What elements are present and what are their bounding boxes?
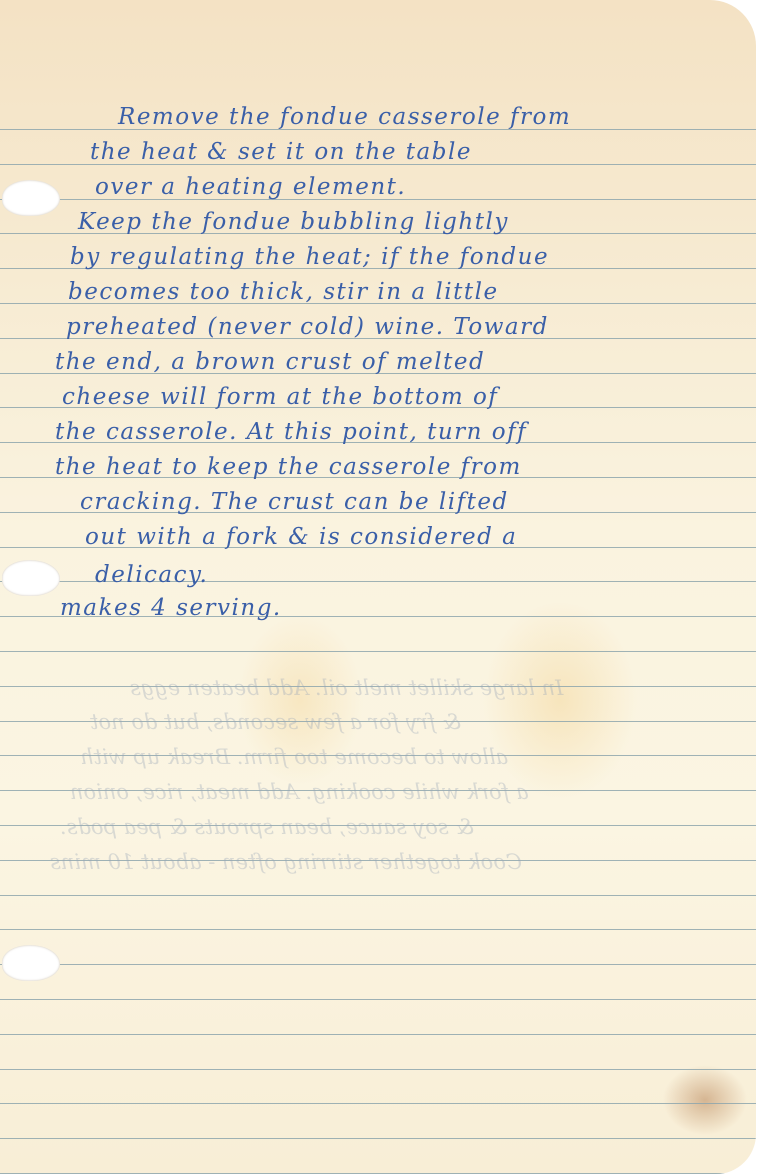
ruled-line <box>0 1138 756 1139</box>
recipe-line: delicacy. <box>95 562 208 588</box>
ruled-line <box>0 1069 756 1070</box>
punch-hole-middle <box>2 560 60 596</box>
recipe-line: the end, a brown crust of melted <box>55 349 485 375</box>
recipe-line: preheated (never cold) wine. Toward <box>66 314 549 340</box>
notebook-page: In large skillet melt oil. Add beaten eg… <box>0 0 756 1174</box>
recipe-line: makes 4 serving. <box>60 595 282 621</box>
recipe-line: the heat to keep the casserole from <box>55 454 522 480</box>
ruled-line <box>0 895 756 896</box>
ruled-line <box>0 1034 756 1035</box>
punch-hole-bottom <box>2 945 60 981</box>
ruled-line <box>0 929 756 930</box>
recipe-line: the heat & set it on the table <box>90 139 472 165</box>
recipe-line: out with a fork & is considered a <box>85 524 517 550</box>
recipe-line: Keep the fondue bubbling lightly <box>78 209 509 235</box>
ruled-line <box>0 964 756 965</box>
recipe-line: cheese will form at the bottom of <box>62 384 498 410</box>
punch-hole-top <box>2 180 60 216</box>
recipe-line: by regulating the heat; if the fondue <box>70 244 549 270</box>
recipe-line: Remove the fondue casserole from <box>118 104 571 130</box>
recipe-line: cracking. The crust can be lifted <box>80 489 509 515</box>
ruled-line <box>0 999 756 1000</box>
recipe-line: the casserole. At this point, turn off <box>55 419 527 445</box>
ruled-line <box>0 1103 756 1104</box>
recipe-line: over a heating element. <box>95 174 406 200</box>
recipe-line: becomes too thick, stir in a little <box>68 279 499 305</box>
ruled-line <box>0 651 756 652</box>
